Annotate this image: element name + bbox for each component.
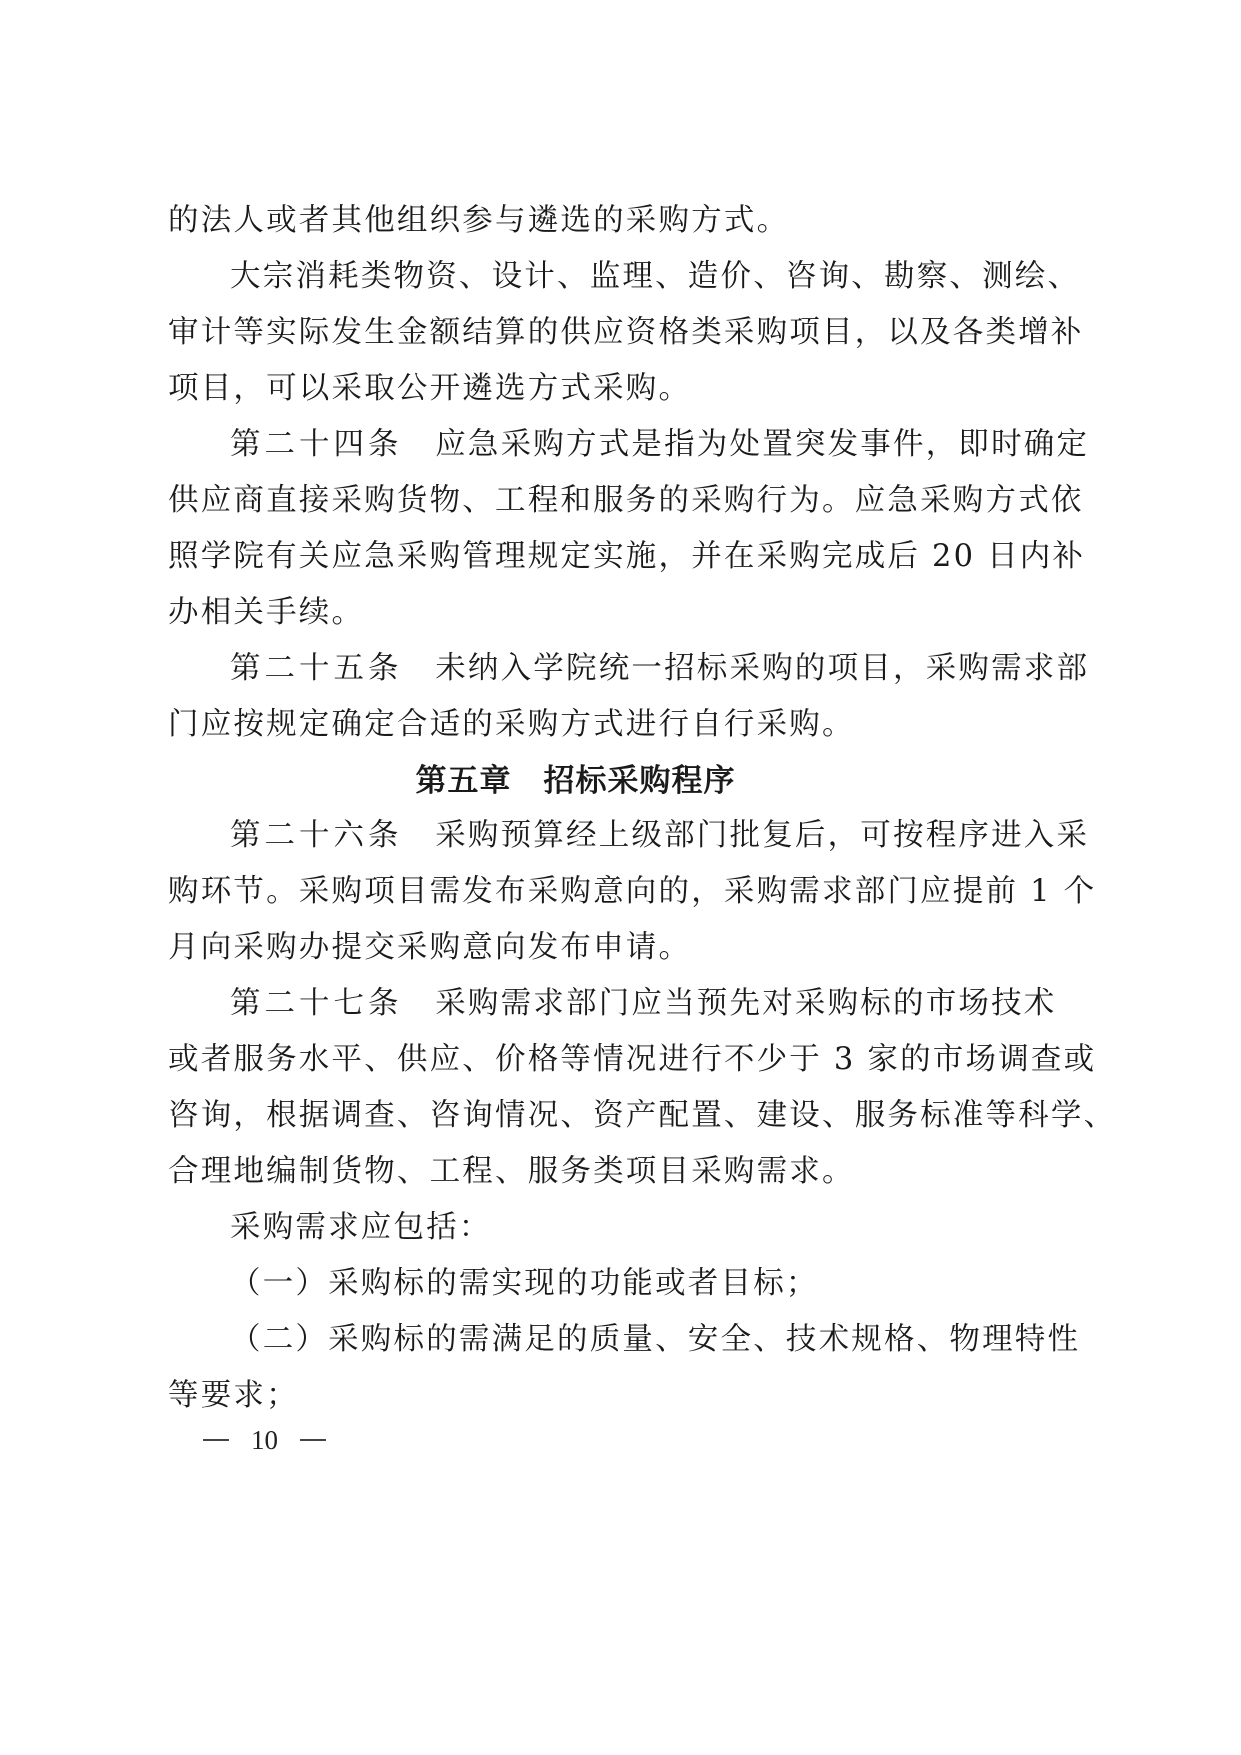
page-number: 10: [251, 1420, 278, 1460]
article-24-line: 第二十四条 应急采购方式是指为处置突发事件，即时确定: [168, 417, 983, 473]
article-26-line: 第二十六条 采购预算经上级部门批复后，可按程序进入采: [168, 808, 983, 864]
dash-right: [300, 1439, 326, 1441]
article-27-line: 第二十七条 采购需求部门应当预先对采购标的市场技术: [168, 976, 983, 1032]
page-footer: 10: [203, 1420, 326, 1460]
article-text: 采购预算经上级部门批复后，可按程序进入采: [435, 818, 1089, 853]
paragraph-line: 月向采购办提交采购意向发布申请。: [168, 920, 983, 976]
paragraph-line: 门应按规定确定合适的采购方式进行自行采购。: [168, 697, 983, 753]
paragraph-line: 照学院有关应急采购管理规定实施，并在采购完成后 20 日内补: [168, 529, 983, 585]
article-number: 第二十五条: [230, 651, 403, 686]
article-number: 第二十六条: [230, 818, 403, 853]
paragraph-line: 审计等实际发生金额结算的供应资格类采购项目，以及各类增补: [168, 305, 983, 361]
chapter-heading: 第五章 招标采购程序: [168, 753, 983, 809]
paragraph-line: 合理地编制货物、工程、服务类项目采购需求。: [168, 1144, 983, 1200]
paragraph-line: 等要求；: [168, 1368, 983, 1424]
paragraph-line: 咨询，根据调查、咨询情况、资产配置、建设、服务标准等科学、: [168, 1088, 983, 1144]
article-text: 应急采购方式是指为处置突发事件，即时确定: [435, 427, 1089, 462]
article-number: 第二十七条: [230, 986, 403, 1021]
paragraph-line: 的法人或者其他组织参与遴选的采购方式。: [168, 193, 983, 249]
paragraph-line: 项目，可以采取公开遴选方式采购。: [168, 361, 983, 417]
article-text: 采购需求部门应当预先对采购标的市场技术: [435, 986, 1056, 1021]
paragraph-line: 供应商直接采购货物、工程和服务的采购行为。应急采购方式依: [168, 473, 983, 529]
list-item: （二）采购标的需满足的质量、安全、技术规格、物理特性: [168, 1312, 983, 1368]
dash-left: [203, 1439, 229, 1441]
paragraph-line: 购环节。采购项目需发布采购意向的，采购需求部门应提前 1 个: [168, 864, 983, 920]
article-25-line: 第二十五条 未纳入学院统一招标采购的项目，采购需求部: [168, 641, 983, 697]
article-text: 未纳入学院统一招标采购的项目，采购需求部: [435, 651, 1089, 686]
paragraph-line: 办相关手续。: [168, 585, 983, 641]
list-item: （一）采购标的需实现的功能或者目标；: [168, 1256, 983, 1312]
paragraph-line: 或者服务水平、供应、价格等情况进行不少于 3 家的市场调查或: [168, 1032, 983, 1088]
article-number: 第二十四条: [230, 427, 403, 462]
paragraph-line: 大宗消耗类物资、设计、监理、造价、咨询、勘察、测绘、: [168, 249, 983, 305]
paragraph-line: 采购需求应包括：: [168, 1200, 983, 1256]
